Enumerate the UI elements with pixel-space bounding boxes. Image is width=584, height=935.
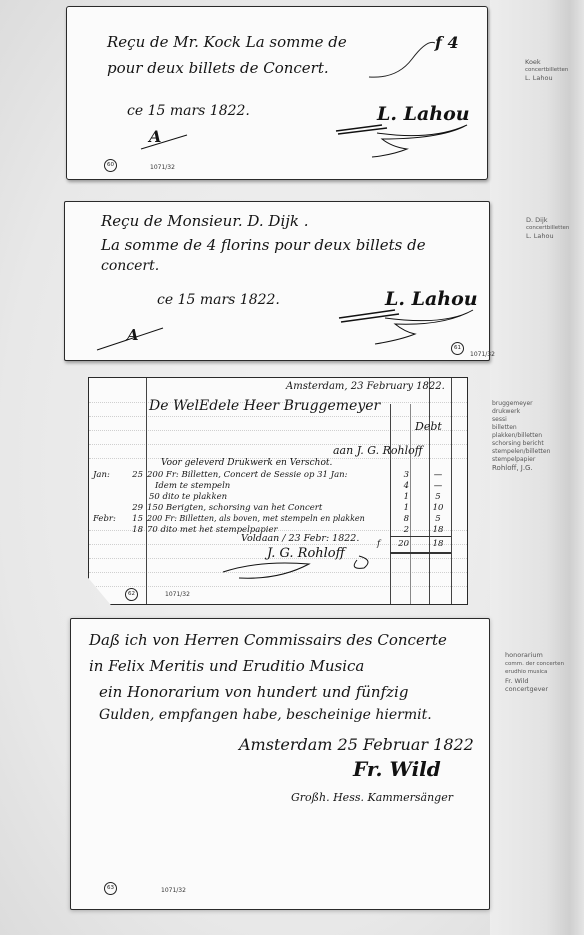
margin-note-line: D. Dijk — [526, 216, 569, 224]
margin-note-line: concertbilletten — [526, 224, 569, 232]
margin-note-60: Koek concertbilletten L. Lahou — [525, 58, 568, 82]
margin-note-62: bruggemeyer drukwerk sessi billetten pla… — [492, 400, 550, 472]
total-rule-bottom — [390, 552, 451, 554]
folio-number-badge: 61 — [451, 342, 464, 355]
margin-note-line: sessi — [492, 416, 550, 424]
folio-number-badge: 60 — [104, 159, 117, 172]
invoice-card-62: Amsterdam, 23 February 1822. De WelEdele… — [88, 377, 468, 605]
receipt-place-date: Amsterdam 25 Februar 1822 — [239, 735, 474, 754]
signature-flourish — [335, 302, 475, 346]
margin-note-line: L. Lahou — [526, 232, 569, 240]
invoice-paid-note: Voldaan / 23 Febr: 1822. — [241, 533, 359, 544]
receipt-signer-title: Großh. Hess. Kammersänger — [291, 791, 453, 804]
receipt-signature: Fr. Wild — [353, 757, 441, 781]
margin-note-line: Koek — [525, 58, 568, 66]
archive-reference: 1071/32 — [150, 164, 175, 171]
total-guilders: 20 — [383, 538, 409, 550]
margin-note-line: bruggemeyer — [492, 400, 550, 408]
margin-note-line: stempelen/billetten — [492, 448, 550, 456]
receipt-card-61: Reçu de Monsieur. D. Dijk . La somme de … — [64, 201, 490, 361]
invoice-intro: Voor geleverd Drukwerk en Verschot. — [161, 458, 332, 468]
signature-flourish — [219, 550, 379, 584]
receipt-text-line: Daß ich von Herren Commissairs des Conce… — [89, 631, 447, 649]
archive-reference: 1071/32 — [470, 351, 495, 358]
flourish-stroke — [367, 39, 437, 81]
receipt-text-line: in Felix Meritis und Eruditio Musica — [89, 657, 364, 675]
item-day: 18 — [119, 524, 143, 536]
folio-number-badge: 62 — [125, 588, 138, 601]
receipt-text-line: Gulden, empfangen habe, bescheinige hier… — [99, 707, 432, 723]
margin-note-line: drukwerk — [492, 408, 550, 416]
margin-note-line: Rohloff, J.G. — [492, 464, 550, 472]
receipt-card-60: Reçu de Mr. Kock La somme de pour deux b… — [66, 6, 488, 180]
margin-note-line: Fr. Wild — [505, 677, 564, 686]
invoice-debit-label: Debt — [415, 420, 442, 433]
receipt-text-line: Reçu de Monsieur. D. Dijk . — [101, 212, 309, 230]
receipt-date: ce 15 mars 1822. — [157, 292, 280, 308]
margin-note-line: concertgever — [505, 685, 564, 694]
margin-note-line: billetten — [492, 424, 550, 432]
receipt-text-line: concert. — [101, 258, 159, 274]
receipt-date: ce 15 mars 1822. — [127, 103, 250, 119]
initials-strike — [95, 322, 165, 352]
margin-note-line: comm. der concerten — [505, 660, 564, 669]
receipt-text-line: ein Honorarium von hundert und fünfzig — [99, 683, 408, 701]
margin-note-line: erudhio musica — [505, 668, 564, 677]
margin-note-line: honorarium — [505, 651, 564, 660]
margin-note-line: schorsing bericht — [492, 440, 550, 448]
archive-reference: 1071/32 — [161, 887, 186, 894]
margin-note-line: stempelpapier — [492, 456, 550, 464]
total-currency: f — [377, 538, 380, 550]
initials-strike — [139, 129, 189, 151]
item-stuivers: 18 — [427, 524, 449, 536]
invoice-addressee: De WelEdele Heer Bruggemeyer — [149, 398, 380, 414]
invoice-place-date: Amsterdam, 23 February 1822. — [286, 381, 445, 392]
receipt-text-line: Reçu de Mr. Kock La somme de — [107, 33, 347, 51]
folio-number-badge: 63 — [104, 882, 117, 895]
total-rule-top — [390, 536, 451, 537]
total-stuivers: 18 — [427, 538, 449, 550]
margin-note-line: concertbilletten — [525, 66, 568, 74]
archive-reference: 1071/32 — [165, 591, 190, 598]
margin-note-line: L. Lahou — [525, 74, 568, 82]
invoice-creditor: aan J. G. Rohloff — [333, 444, 423, 457]
item-guilders: 2 — [383, 524, 409, 536]
margin-note-61: D. Dijk concertbilletten L. Lahou — [526, 216, 569, 240]
margin-note-63: honorarium comm. der concerten erudhio m… — [505, 651, 564, 694]
signature-flourish — [332, 119, 472, 159]
margin-note-line: plakken/billetten — [492, 432, 550, 440]
receipt-card-63: Daß ich von Herren Commissairs des Conce… — [70, 618, 490, 910]
receipt-amount: f 4 — [435, 33, 459, 52]
receipt-text-line: La somme de 4 florins pour deux billets … — [101, 236, 426, 254]
receipt-text-line: pour deux billets de Concert. — [107, 59, 329, 77]
